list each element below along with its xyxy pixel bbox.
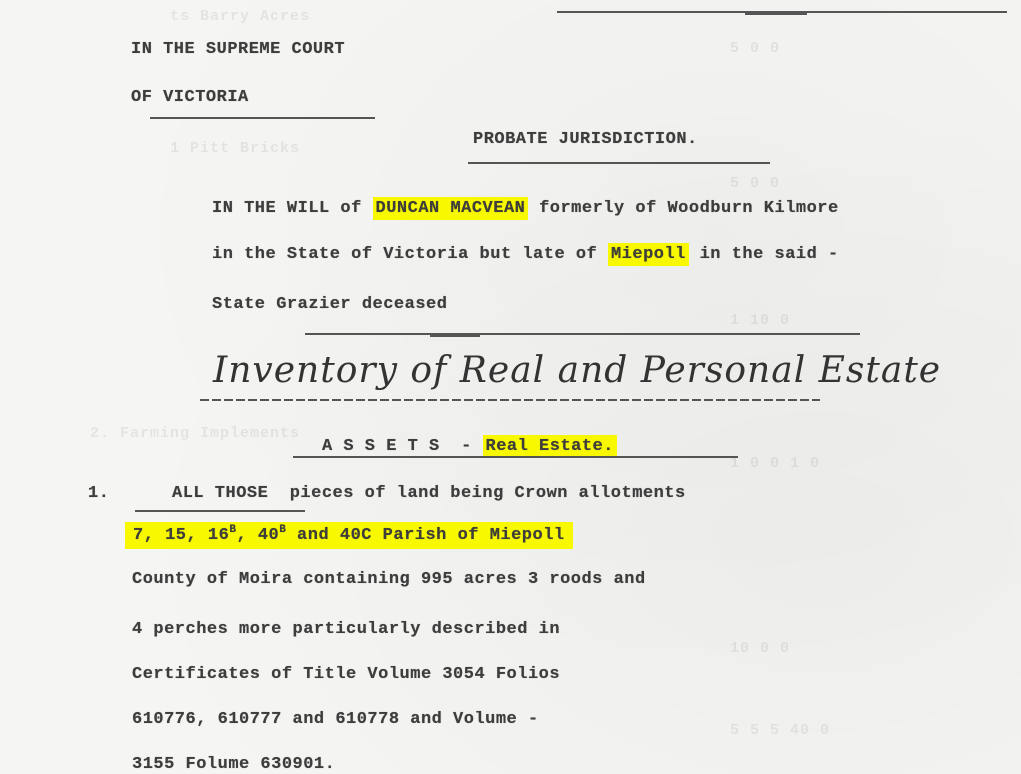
assets-underline <box>293 456 738 458</box>
residence-prefix: in the State of Victoria but late of <box>212 245 597 264</box>
court-heading-line2: OF VICTORIA <box>131 88 249 107</box>
handwritten-title: Inventory of Real and Personal Estate <box>213 350 941 391</box>
place-highlight: Miepoll <box>608 243 689 266</box>
allotment-a-sup: B <box>229 524 236 536</box>
handwritten-title-underline <box>200 399 820 401</box>
inventory-top-rule-short <box>430 335 480 337</box>
allotment-b: , 40 <box>236 526 279 545</box>
document-page: ts Barry Acres 5 0 0 1 Pitt Bricks 5 0 0… <box>0 0 1021 774</box>
item1-line1-rest: pieces of land being Crown allotments <box>290 484 686 503</box>
deceased-name-highlight: DUNCAN MACVEAN <box>373 197 529 220</box>
allotments-highlight: 7, 15, 16B, 40B and 40C Parish of Miepol… <box>125 522 573 549</box>
residence-suffix: in the said - <box>700 245 839 264</box>
allotments-line: 7, 15, 16B, 40B and 40C Parish of Miepol… <box>125 526 573 545</box>
will-residence-line: in the State of Victoria but late of Mie… <box>212 245 839 264</box>
assets-heading: A S S E T S - Real Estate. <box>322 437 617 456</box>
will-intro-line: IN THE WILL of DUNCAN MACVEAN formerly o… <box>212 199 839 218</box>
allotment-a: 7, 15, 16 <box>133 526 229 545</box>
inventory-top-rule <box>305 333 860 335</box>
will-intro-prefix: IN THE WILL of <box>212 199 362 218</box>
top-rule-short <box>745 13 807 15</box>
assets-heading-prefix: A S S E T S - <box>322 437 472 456</box>
will-occupation-line: State Grazier deceased <box>212 295 447 314</box>
item1-line3: County of Moira containing 995 acres 3 r… <box>132 570 646 589</box>
court-heading-line1: IN THE SUPREME COURT <box>131 40 345 59</box>
item1-line6: 610776, 610777 and 610778 and Volume - <box>132 710 539 729</box>
item1-line4: 4 perches more particularly described in <box>132 620 560 639</box>
jurisdiction-heading: PROBATE JURISDICTION. <box>473 130 698 149</box>
item1-line5: Certificates of Title Volume 3054 Folios <box>132 665 560 684</box>
item1-line7: 3155 Folume 630901. <box>132 755 335 774</box>
court-underline <box>150 117 375 119</box>
all-those-lead: ALL THOSE <box>172 484 268 503</box>
real-estate-highlight: Real Estate. <box>483 435 617 458</box>
will-intro-suffix: formerly of Woodburn Kilmore <box>539 199 839 218</box>
allotment-b-sup: B <box>279 524 286 536</box>
item1-line1: ALL THOSE pieces of land being Crown all… <box>172 484 686 503</box>
all-those-underline <box>135 510 305 512</box>
allotment-c: and 40C Parish of Miepoll <box>286 526 564 545</box>
item-number: 1. <box>88 484 109 503</box>
jurisdiction-underline <box>468 162 770 164</box>
